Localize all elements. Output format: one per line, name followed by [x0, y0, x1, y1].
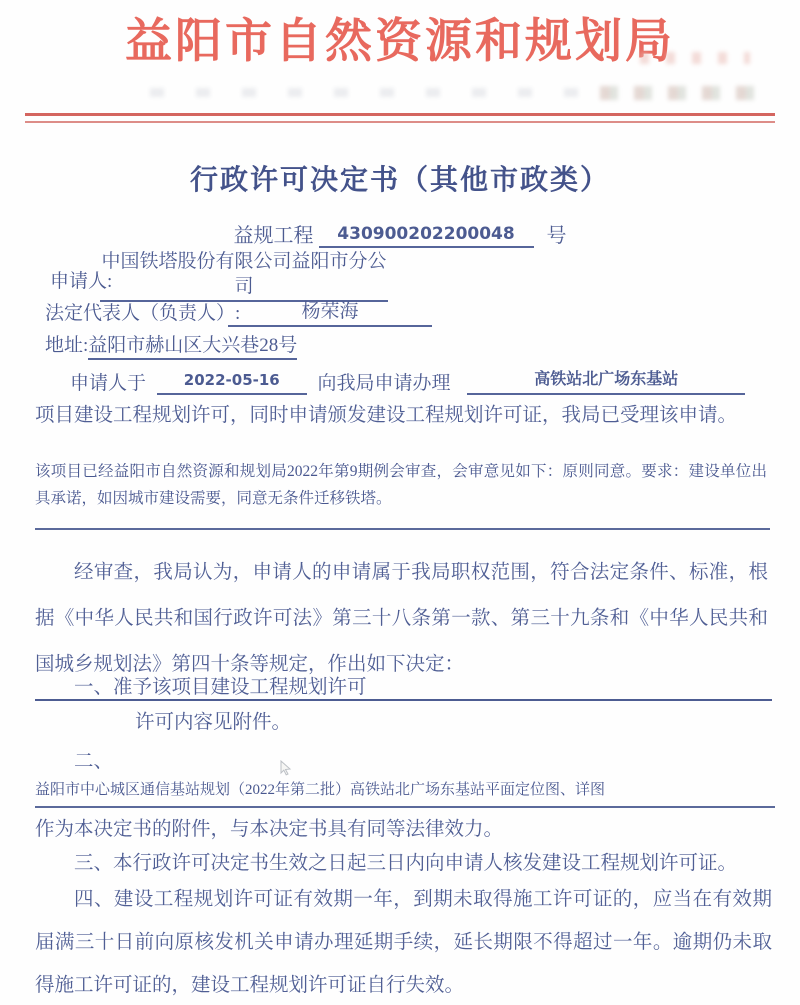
address-row: 地址:益阳市赫山区大兴巷28号	[45, 330, 297, 357]
legal-rep-value: 杨荣海	[228, 296, 432, 327]
doc-number-suffix: 号	[547, 225, 567, 247]
attachment-title: 益阳市中心城区通信基站规划（2022年第二批）高铁站北广场东基站平面定位图、详图	[35, 778, 775, 799]
attachment-note: 作为本决定书的附件，与本决定书具有同等法律效力。	[35, 813, 775, 841]
legal-rep-label: 法定代表人（负责人）:	[45, 298, 240, 325]
item1-underline	[35, 699, 772, 701]
applied-for-label: 向我局申请办理	[318, 373, 451, 394]
decision-item-3: 三、本行政许可决定书生效之日起三日内向申请人核发建设工程规划许可证。	[35, 847, 775, 875]
review-note: 该项目已经益阳市自然资源和规划局2022年第9期例会审查，会审意见如下：原则同意…	[35, 458, 767, 512]
address-label: 地址:	[45, 335, 88, 356]
decision-intro-paragraph: 经审查，我局认为，申请人的申请属于我局职权范围，符合法定条件、标准，根据《中华人…	[35, 550, 768, 688]
scan-artifact	[600, 86, 770, 100]
attachment-underline	[35, 806, 775, 808]
scan-artifact	[640, 52, 750, 64]
receipt-statement: 项目建设工程规划许可，同时申请颁发建设工程规划许可证，我局已受理该申请。	[35, 399, 775, 427]
section-divider-line	[35, 528, 770, 530]
header-divider-line-thin	[25, 121, 775, 123]
decision-item-1: 一、准予该项目建设工程规划许可	[35, 671, 775, 699]
decision-item-1-note: 许可内容见附件。	[135, 706, 291, 734]
doc-number-value: 430900202200048	[319, 224, 534, 248]
application-date-value: 2022-05-16	[157, 371, 307, 395]
scanned-document-page: 益阳市自然资源和规划局 行政许可决定书（其他市政类） 益规工程 43090020…	[0, 0, 800, 1005]
document-number-row: 益规工程 430900202200048 号	[0, 219, 800, 248]
header-divider-line-thick	[25, 113, 775, 116]
scan-artifact	[150, 88, 580, 97]
project-name-value: 高铁站北广场东基站	[467, 366, 745, 395]
applied-on-label: 申请人于	[70, 373, 146, 394]
mouse-cursor-icon	[278, 760, 294, 776]
document-title: 行政许可决定书（其他市政类）	[0, 158, 800, 198]
application-row: 申请人于 2022-05-16 向我局申请办理 高铁站北广场东基站	[70, 366, 770, 395]
decision-item-4: 四、建设工程规划许可证有效期一年，到期未取得施工许可证的，应当在有效期届满三十日…	[35, 878, 772, 1005]
decision-item-2: 二、	[74, 745, 113, 773]
address-value: 益阳市赫山区大兴巷28号	[88, 335, 297, 360]
applicant-value: 中国铁塔股份有限公司益阳市分公司	[100, 249, 388, 302]
doc-number-prefix: 益规工程	[234, 225, 314, 247]
